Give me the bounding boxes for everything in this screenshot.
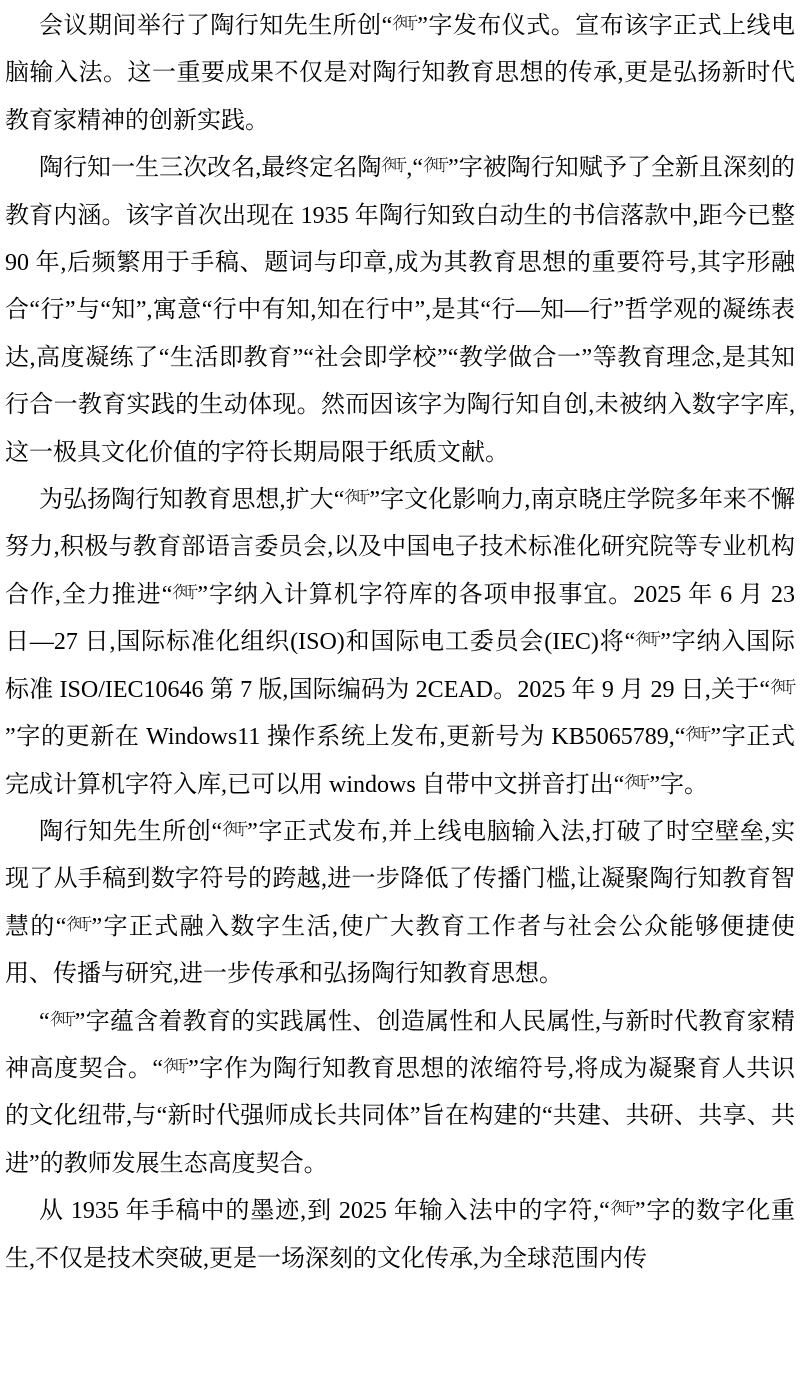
- paragraph-5: “彳知亍”字蕴含着教育的实践属性、创造属性和人民属性,与新时代教育家精神高度契合…: [5, 999, 795, 1189]
- tao-xingzhi-character-glyph: 彳知亍: [163, 1055, 188, 1079]
- tao-xingzhi-character-glyph: 彳知亍: [344, 486, 369, 510]
- tao-xingzhi-character-glyph: 彳知亍: [610, 1197, 635, 1221]
- paragraph-2: 陶行知一生三次改名,最终定名陶彳知亍,“彳知亍”字被陶行知赋予了全新且深刻的教育…: [5, 145, 795, 477]
- tao-xingzhi-character-glyph: 彳知亍: [624, 771, 649, 795]
- tao-xingzhi-character-glyph: 彳知亍: [50, 1008, 75, 1032]
- tao-xingzhi-character-glyph: 彳知亍: [392, 12, 417, 36]
- document-page: 会议期间举行了陶行知先生所创“彳知亍”字发布仪式。宣布该字正式上线电脑输入法。这…: [0, 0, 800, 1380]
- tao-xingzhi-character-glyph: 彳知亍: [172, 581, 197, 605]
- tao-xingzhi-character-glyph: 彳知亍: [222, 818, 247, 842]
- tao-xingzhi-character-glyph: 彳知亍: [381, 154, 406, 178]
- paragraph-1: 会议期间举行了陶行知先生所创“彳知亍”字发布仪式。宣布该字正式上线电脑输入法。这…: [5, 3, 795, 145]
- paragraph-3: 为弘扬陶行知教育思想,扩大“彳知亍”字文化影响力,南京晓庄学院多年来不懈努力,积…: [5, 477, 795, 809]
- paragraph-4: 陶行知先生所创“彳知亍”字正式发布,并上线电脑输入法,打破了时空壁垒,实现了从手…: [5, 809, 795, 999]
- paragraph-6: 从 1935 年手稿中的墨迹,到 2025 年输入法中的字符,“彳知亍”字的数字…: [5, 1188, 795, 1283]
- tao-xingzhi-character-glyph: 彳知亍: [770, 676, 795, 700]
- tao-xingzhi-character-glyph: 彳知亍: [423, 154, 448, 178]
- tao-xingzhi-character-glyph: 彳知亍: [685, 723, 710, 747]
- tao-xingzhi-character-glyph: 彳知亍: [66, 913, 91, 937]
- tao-xingzhi-character-glyph: 彳知亍: [635, 628, 660, 652]
